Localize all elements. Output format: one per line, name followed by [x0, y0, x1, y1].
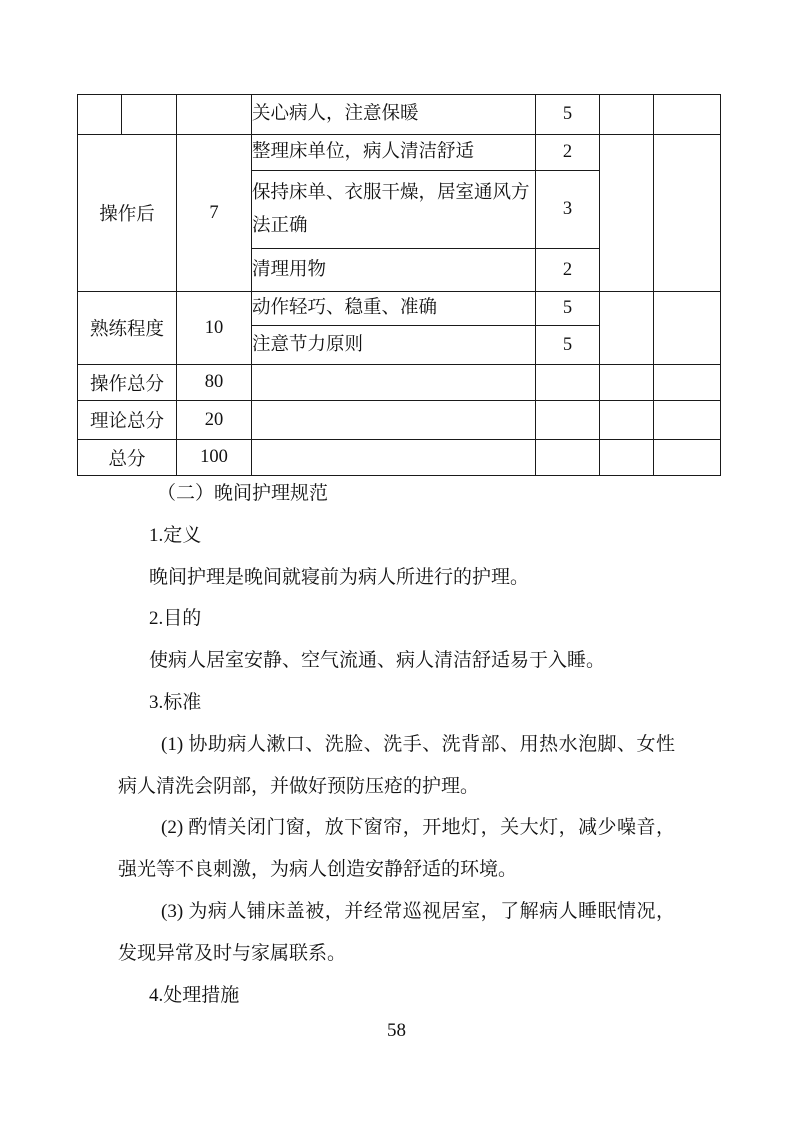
subheading: 1.定义	[118, 515, 675, 557]
score-cell: 2	[536, 249, 600, 292]
score-cell: 5	[536, 326, 600, 365]
paragraph-line: (3) 为病人铺床盖被，并经常巡视居室，了解病人睡眠情况，	[118, 891, 675, 933]
summary-label-cell: 总分	[78, 440, 177, 476]
table-row: 理论总分 20	[78, 401, 721, 440]
item-cell: 清理用物	[252, 249, 536, 292]
empty-cell	[536, 440, 600, 476]
empty-cell	[536, 401, 600, 440]
empty-cell	[654, 440, 721, 476]
subheading: 3.标准	[118, 682, 675, 724]
empty-cell	[78, 95, 122, 135]
paragraph-line: 使病人居室安静、空气流通、病人清洁舒适易于入睡。	[118, 640, 675, 682]
subheading: 4.处理措施	[118, 975, 675, 1017]
table-row: 关心病人，注意保暖 5	[78, 95, 721, 135]
paragraph-line: 病人清洗会阴部，并做好预防压疮的护理。	[118, 766, 675, 808]
summary-label-cell: 理论总分	[78, 401, 177, 440]
summary-label-cell: 操作总分	[78, 365, 177, 401]
empty-cell	[252, 401, 536, 440]
score-cell: 5	[536, 95, 600, 135]
empty-cell	[600, 365, 654, 401]
empty-cell	[654, 95, 721, 135]
empty-cell	[654, 365, 721, 401]
subheading: 2.目的	[118, 598, 675, 640]
empty-cell	[600, 401, 654, 440]
section-label-cell: 操作后	[78, 135, 177, 292]
points-cell: 80	[177, 365, 252, 401]
points-cell: 7	[177, 135, 252, 292]
empty-cell	[122, 95, 177, 135]
item-cell: 注意节力原则	[252, 326, 536, 365]
page-number: 58	[0, 1018, 793, 1044]
table-row: 总分 100	[78, 440, 721, 476]
paragraph-line: (2) 酌情关闭门窗，放下窗帘，开地灯，关大灯，减少噪音，	[118, 807, 675, 849]
empty-cell	[600, 292, 654, 365]
empty-cell	[536, 365, 600, 401]
empty-cell	[252, 365, 536, 401]
empty-cell	[600, 440, 654, 476]
paragraph-line: 晚间护理是晚间就寝前为病人所进行的护理。	[118, 557, 675, 599]
paragraph-line: 发现异常及时与家属联系。	[118, 933, 675, 975]
score-table: 关心病人，注意保暖 5 操作后 7 整理床单位，病人清洁舒适 2 保持床单、衣服…	[77, 94, 721, 476]
section-label-cell: 熟练程度	[78, 292, 177, 365]
document-page: 关心病人，注意保暖 5 操作后 7 整理床单位，病人清洁舒适 2 保持床单、衣服…	[0, 0, 793, 1122]
paragraph-line: 强光等不良刺激，为病人创造安静舒适的环境。	[118, 849, 675, 891]
empty-cell	[654, 292, 721, 365]
empty-cell	[654, 401, 721, 440]
table-row: 操作总分 80	[78, 365, 721, 401]
empty-cell	[600, 95, 654, 135]
score-cell: 3	[536, 171, 600, 249]
points-cell: 10	[177, 292, 252, 365]
section-heading: （二）晚间护理规范	[118, 473, 675, 515]
empty-cell	[252, 440, 536, 476]
table-row: 操作后 7 整理床单位，病人清洁舒适 2	[78, 135, 721, 171]
points-cell: 100	[177, 440, 252, 476]
score-cell: 2	[536, 135, 600, 171]
empty-cell	[600, 135, 654, 292]
table-row: 熟练程度 10 动作轻巧、稳重、准确 5	[78, 292, 721, 326]
item-cell: 保持床单、衣服干燥，居室通风方法正确	[252, 171, 536, 249]
item-cell: 整理床单位，病人清洁舒适	[252, 135, 536, 171]
item-cell: 关心病人，注意保暖	[252, 95, 536, 135]
empty-cell	[654, 135, 721, 292]
item-cell: 动作轻巧、稳重、准确	[252, 292, 536, 326]
points-cell: 20	[177, 401, 252, 440]
body-text: （二）晚间护理规范 1.定义 晚间护理是晚间就寝前为病人所进行的护理。 2.目的…	[118, 473, 675, 1016]
paragraph-line: (1) 协助病人漱口、洗脸、洗手、洗背部、用热水泡脚、女性	[118, 724, 675, 766]
score-cell: 5	[536, 292, 600, 326]
empty-cell	[177, 95, 252, 135]
